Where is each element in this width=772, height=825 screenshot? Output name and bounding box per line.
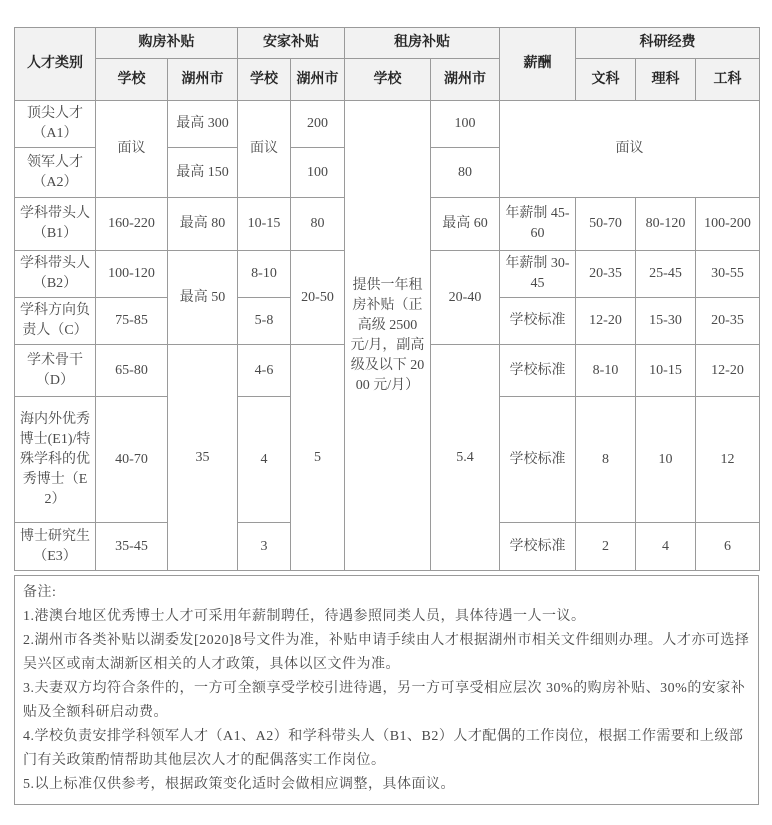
cell-b2-label: 学科带头人（B2） xyxy=(15,251,96,298)
cell-b2-settle-school: 8-10 xyxy=(238,251,291,298)
cell-c-settle-school: 5-8 xyxy=(238,298,291,345)
cell-c-engineering: 20-35 xyxy=(696,298,760,345)
cell-b2c-rent-city: 20-40 xyxy=(431,251,500,345)
cell-de-settle-city: 5 xyxy=(291,345,345,571)
page: 人才类别 购房补贴 安家补贴 租房补贴 薪酬 科研经费 学校 湖州市 学校 湖州… xyxy=(0,0,772,825)
cell-all-rent-school: 提供一年租房补贴（正高级 2500 元/月，副高级及以下 2000 元/月） xyxy=(345,101,431,571)
remark-item-5: 5.以上标准仅供参考，根据政策变化适时会做相应调整，具体面议。 xyxy=(23,773,750,797)
header-row-groups: 人才类别 购房补贴 安家补贴 租房补贴 薪酬 科研经费 xyxy=(15,28,760,59)
cell-a1-rent-city: 100 xyxy=(431,101,500,148)
cell-a1a2-settle-school: 面议 xyxy=(238,101,291,198)
cell-a1-label: 顶尖人才（A1） xyxy=(15,101,96,148)
cell-e3-label: 博士研究生（E3） xyxy=(15,523,96,571)
cell-e12-salary: 学校标准 xyxy=(500,397,576,523)
cell-e12-liberal: 8 xyxy=(576,397,636,523)
cell-e12-label: 海内外优秀博士(E1)/特殊学科的优秀博士（E2） xyxy=(15,397,96,523)
cell-d-engineering: 12-20 xyxy=(696,345,760,397)
cell-d-science: 10-15 xyxy=(636,345,696,397)
cell-d-salary: 学校标准 xyxy=(500,345,576,397)
cell-b2-engineering: 30-55 xyxy=(696,251,760,298)
cell-e12-science: 10 xyxy=(636,397,696,523)
cell-de-rent-city: 5.4 xyxy=(431,345,500,571)
cell-b2-liberal: 20-35 xyxy=(576,251,636,298)
cell-e3-science: 4 xyxy=(636,523,696,571)
cell-b1-settle-city: 80 xyxy=(291,198,345,251)
header-salary: 薪酬 xyxy=(500,28,576,101)
cell-a2-purchase-city: 最高 150 xyxy=(168,148,238,198)
header-purchase-school: 学校 xyxy=(96,59,168,101)
header-research-fund: 科研经费 xyxy=(576,28,760,59)
cell-c-label: 学科方向负责人（C） xyxy=(15,298,96,345)
cell-a1-purchase-city: 最高 300 xyxy=(168,101,238,148)
talent-subsidy-table: 人才类别 购房补贴 安家补贴 租房补贴 薪酬 科研经费 学校 湖州市 学校 湖州… xyxy=(14,27,760,571)
header-purchase-subsidy: 购房补贴 xyxy=(96,28,238,59)
cell-e12-purchase-school: 40-70 xyxy=(96,397,168,523)
header-talent-category: 人才类别 xyxy=(15,28,96,101)
cell-a2-rent-city: 80 xyxy=(431,148,500,198)
cell-b1-liberal: 50-70 xyxy=(576,198,636,251)
header-settle-subsidy: 安家补贴 xyxy=(238,28,345,59)
cell-e3-settle-school: 3 xyxy=(238,523,291,571)
cell-b1-rent-city: 最高 60 xyxy=(431,198,500,251)
header-sciences: 理科 xyxy=(636,59,696,101)
cell-b1-salary: 年薪制 45-60 xyxy=(500,198,576,251)
header-liberal-arts: 文科 xyxy=(576,59,636,101)
header-purchase-city: 湖州市 xyxy=(168,59,238,101)
cell-b2c-purchase-city: 最高 50 xyxy=(168,251,238,345)
remark-item-3: 3.夫妻双方均符合条件的，一方可全额享受学校引进待遇，另一方可享受相应层次 30… xyxy=(23,677,750,725)
remark-item-4: 4.学校负责安排学科领军人才（A1、A2）和学科带头人（B1、B2）人才配偶的工… xyxy=(23,725,750,773)
cell-b1-purchase-school: 160-220 xyxy=(96,198,168,251)
header-rent-city: 湖州市 xyxy=(431,59,500,101)
header-settle-city: 湖州市 xyxy=(291,59,345,101)
cell-d-label: 学术骨干（D） xyxy=(15,345,96,397)
cell-e3-salary: 学校标准 xyxy=(500,523,576,571)
cell-b1-engineering: 100-200 xyxy=(696,198,760,251)
cell-e3-purchase-school: 35-45 xyxy=(96,523,168,571)
cell-e3-liberal: 2 xyxy=(576,523,636,571)
cell-a1a2-purchase-school: 面议 xyxy=(96,101,168,198)
table-row-a1: 顶尖人才（A1） 面议 最高 300 面议 200 提供一年租房补贴（正高级 2… xyxy=(15,101,760,148)
remark-item-2: 2.湖州市各类补贴以湖委发[2020]8号文件为准，补贴申请手续由人才根据湖州市… xyxy=(23,629,750,677)
remark-item-1: 1.港澳台地区优秀博士人才可采用年薪制聘任，待遇参照同类人员，具体待遇一人一议。 xyxy=(23,605,750,629)
cell-b1-label: 学科带头人（B1） xyxy=(15,198,96,251)
cell-c-salary: 学校标准 xyxy=(500,298,576,345)
header-rent-school: 学校 xyxy=(345,59,431,101)
header-engineering: 工科 xyxy=(696,59,760,101)
cell-b1-settle-school: 10-15 xyxy=(238,198,291,251)
remarks-title: 备注: xyxy=(23,581,750,605)
header-settle-school: 学校 xyxy=(238,59,291,101)
cell-d-purchase-school: 65-80 xyxy=(96,345,168,397)
cell-b2-salary: 年薪制 30-45 xyxy=(500,251,576,298)
cell-b2c-settle-city: 20-50 xyxy=(291,251,345,345)
cell-e12-settle-school: 4 xyxy=(238,397,291,523)
cell-d-settle-school: 4-6 xyxy=(238,345,291,397)
header-rent-subsidy: 租房补贴 xyxy=(345,28,500,59)
cell-d-liberal: 8-10 xyxy=(576,345,636,397)
cell-b1-purchase-city: 最高 80 xyxy=(168,198,238,251)
cell-c-science: 15-30 xyxy=(636,298,696,345)
cell-c-purchase-school: 75-85 xyxy=(96,298,168,345)
cell-a2-settle-city: 100 xyxy=(291,148,345,198)
cell-a2-label: 领军人才（A2） xyxy=(15,148,96,198)
cell-de-purchase-city: 35 xyxy=(168,345,238,571)
cell-b1-science: 80-120 xyxy=(636,198,696,251)
cell-b2-purchase-school: 100-120 xyxy=(96,251,168,298)
cell-e12-engineering: 12 xyxy=(696,397,760,523)
cell-c-liberal: 12-20 xyxy=(576,298,636,345)
cell-a1-settle-city: 200 xyxy=(291,101,345,148)
cell-b2-science: 25-45 xyxy=(636,251,696,298)
cell-e3-engineering: 6 xyxy=(696,523,760,571)
remarks-box: 备注: 1.港澳台地区优秀博士人才可采用年薪制聘任，待遇参照同类人员，具体待遇一… xyxy=(14,575,759,805)
cell-a1a2-salary-research: 面议 xyxy=(500,101,760,198)
header-row-subcolumns: 学校 湖州市 学校 湖州市 学校 湖州市 文科 理科 工科 xyxy=(15,59,760,101)
